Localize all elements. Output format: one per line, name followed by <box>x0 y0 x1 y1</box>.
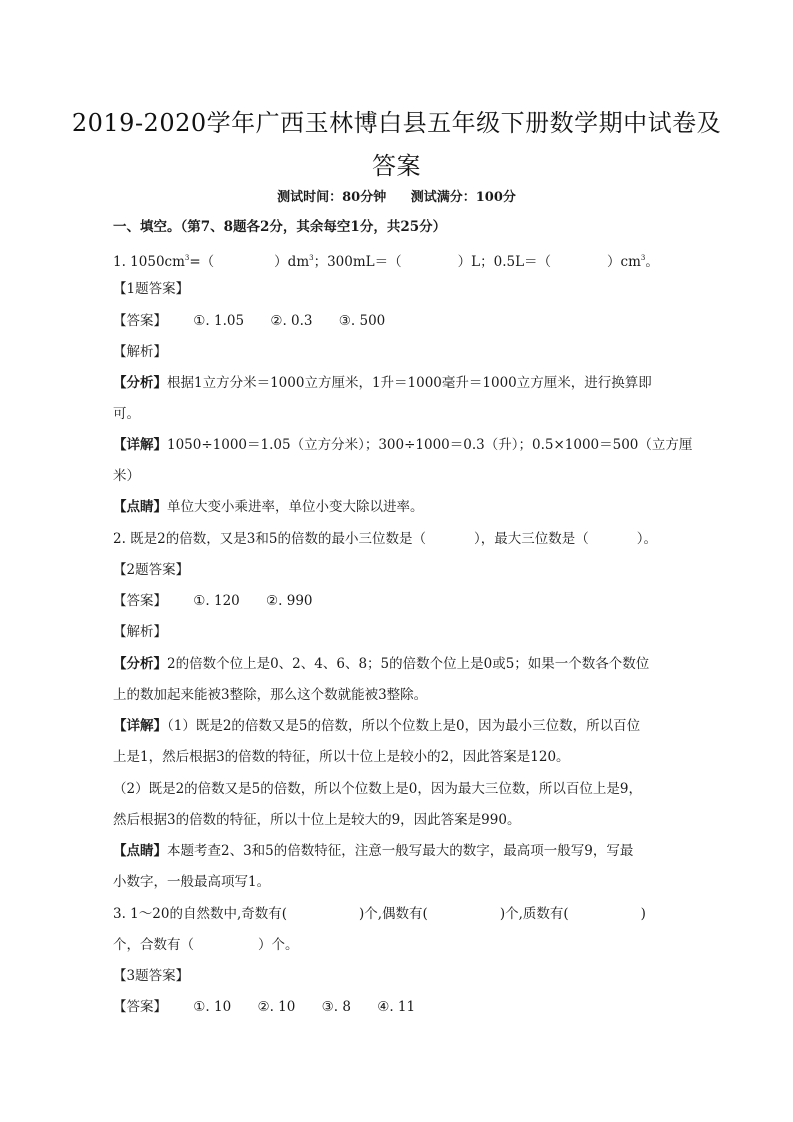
analysis-fenxi-cont: 上的数加起来能被3整除，那么这个数就能被3整除。 <box>113 686 427 704</box>
question-3-cont: 个，合数有（）个。 <box>113 936 299 954</box>
answer-item: ③. 500 <box>339 312 385 330</box>
question-2: 2. 既是2的倍数，又是3和5的倍数的最小三位数是（），最大三位数是（）。 <box>113 530 657 548</box>
answer-item: ①. 120 <box>193 592 239 610</box>
section-heading: 一、填空。（第7、8题各2分，其余每空1分，共25分） <box>113 218 446 236</box>
answer-row: 【答案】 ①. 120 ②. 990 <box>113 592 313 610</box>
question-1: 1. 1050cm3=（）dm3；300mL＝（）L；0.5L＝（）cm3。 <box>113 249 659 271</box>
document-title-line2: 答案 <box>0 146 793 181</box>
answer-item: ①. 10 <box>193 998 231 1016</box>
analysis-header: 【解析】 <box>113 623 167 641</box>
answer-row: 【答案】 ①. 10 ②. 10 ③. 8 ④. 11 <box>113 998 415 1016</box>
analysis-xiangjie: 【详解】（1）既是2的倍数又是5的倍数，所以个位数上是0，因为最小三位数，所以百… <box>113 717 640 735</box>
analysis-fenxi: 【分析】2的倍数个位上是0、2、4、6、8；5的倍数个位上是0或5；如果一个数各… <box>113 655 649 673</box>
answer-row: 【答案】 ①. 1.05 ②. 0.3 ③. 500 <box>113 312 385 330</box>
analysis-header: 【解析】 <box>113 343 167 361</box>
answer-item: ③. 8 <box>322 998 351 1016</box>
analysis-dianjing: 【点睛】单位大变小乘进率，单位小变大除以进率。 <box>113 498 424 516</box>
question-3: 3. 1～20的自然数中,奇数有()个,偶数有()个,质数有() <box>113 905 646 923</box>
answer-item: ④. 11 <box>377 998 415 1016</box>
answer-item: ②. 0.3 <box>270 312 312 330</box>
answer-item: ②. 10 <box>257 998 295 1016</box>
answer-item: ②. 990 <box>266 592 312 610</box>
analysis-xiangjie: 【详解】1050÷1000＝1.05（立方分米）；300÷1000＝0.3（升）… <box>113 436 692 454</box>
exam-score: 测试满分：100分 <box>411 190 516 205</box>
answer-header: 【3题答案】 <box>113 967 189 985</box>
analysis-xiangjie-part2-cont: 然后根据3的倍数的特征，所以十位上是较大的9，因此答案是990。 <box>113 811 520 829</box>
exam-meta: 测试时间：80分钟 测试满分：100分 <box>0 186 793 205</box>
exam-page: 2019-2020学年广西玉林博白县五年级下册数学期中试卷及 答案 测试时间：8… <box>0 0 793 1122</box>
analysis-xiangjie-part2: （2）既是2的倍数又是5的倍数，所以个位数上是0，因为最大三位数，所以百位上是9… <box>113 780 642 798</box>
answer-header: 【2题答案】 <box>113 561 189 579</box>
analysis-dianjing-cont: 小数字，一般最高项写1。 <box>113 873 270 891</box>
analysis-xiangjie-cont: 米） <box>113 467 140 485</box>
analysis-fenxi-cont: 可。 <box>113 405 140 423</box>
exam-time: 测试时间：80分钟 <box>277 190 386 205</box>
analysis-xiangjie-cont: 上是1，然后根据3的倍数的特征，所以十位上是较小的2，因此答案是120。 <box>113 748 570 766</box>
answer-item: ①. 1.05 <box>193 312 244 330</box>
analysis-dianjing: 【点睛】本题考查2、3和5的倍数特征，注意一般写最大的数字，最高项一般写9，写最 <box>113 842 633 860</box>
answer-header: 【1题答案】 <box>113 280 189 298</box>
analysis-fenxi: 【分析】根据1立方分米＝1000立方厘米，1升＝1000毫升＝1000立方厘米，… <box>113 374 652 392</box>
document-title-line1: 2019-2020学年广西玉林博白县五年级下册数学期中试卷及 <box>0 103 793 138</box>
